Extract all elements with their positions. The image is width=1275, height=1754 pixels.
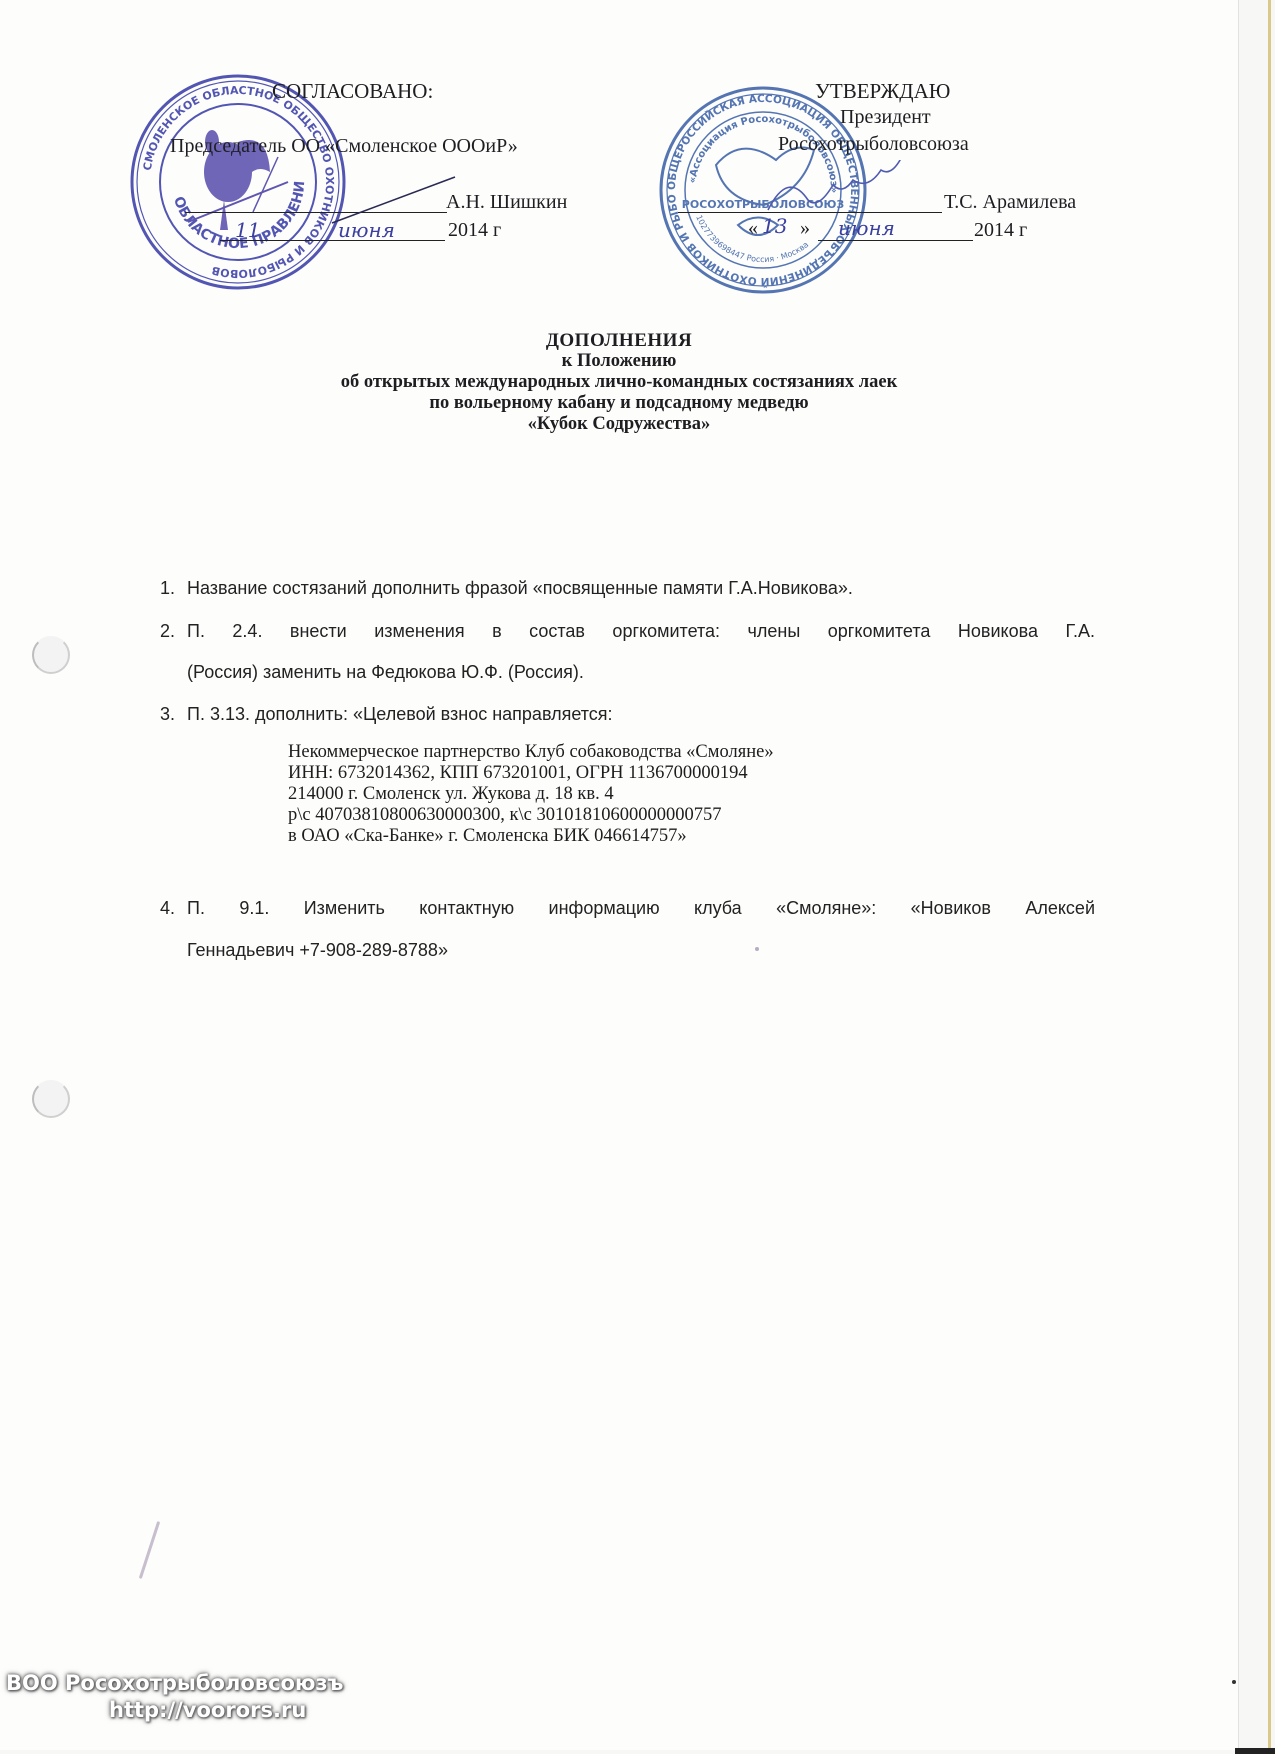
date-year: 2014 г bbox=[974, 218, 1027, 243]
item-number: 1. bbox=[160, 578, 175, 599]
scan-artifact bbox=[1232, 1680, 1236, 1684]
title-main: ДОПОЛНЕНИЯ bbox=[0, 330, 1238, 351]
item-number: 2. bbox=[160, 621, 175, 642]
title-line4: по вольерному кабану и подсадному медвед… bbox=[0, 393, 1238, 414]
bank-requisites: Некоммерческое партнерство Клуб собаково… bbox=[288, 742, 774, 847]
date-day-handwritten: 11 bbox=[235, 218, 260, 243]
watermark-url: http://voorors.ru bbox=[6, 1697, 343, 1724]
left-organization-stamp: СМОЛЕНСКОЕ ОБЛАСТНОЕ ОБЩЕСТВО ОХОТНИКОВ … bbox=[128, 72, 348, 292]
item-number: 4. bbox=[160, 898, 175, 919]
watermark-org-name: ВОО Росохотрыболовсоюзъ bbox=[6, 1670, 343, 1697]
approval-heading: СОГЛАСОВАНО: bbox=[272, 78, 433, 104]
punch-hole-icon bbox=[32, 1080, 70, 1118]
signature-stroke-icon bbox=[760, 160, 950, 220]
approval-position-line1: Президент bbox=[840, 105, 931, 130]
item-text: П. 3.13. дополнить: «Целевой взнос напра… bbox=[187, 704, 1095, 725]
item-text: Название состязаний дополнить фразой «по… bbox=[187, 578, 1095, 599]
signatory-name: Т.С. Арамилева bbox=[944, 190, 1076, 215]
date-open-quote: « bbox=[748, 216, 758, 241]
punch-hole-icon bbox=[32, 636, 70, 674]
requisite-line: 214000 г. Смоленск ул. Жукова д. 18 кв. … bbox=[288, 784, 774, 805]
requisite-line: ИНН: 6732014362, КПП 673201001, ОГРН 113… bbox=[288, 763, 774, 784]
scanner-border bbox=[1235, 1748, 1275, 1754]
title-line3: об открытых международных лично-командны… bbox=[0, 372, 1238, 393]
page-edge-shadow bbox=[1268, 0, 1271, 1754]
document-title: ДОПОЛНЕНИЯ к Положению об открытых между… bbox=[0, 330, 1238, 435]
approval-position-line2: Росохотрыболовсоюза bbox=[778, 132, 969, 157]
title-line5: «Кубок Содружества» bbox=[0, 414, 1238, 435]
item-text: П. 2.4. внести изменения в состав оргком… bbox=[187, 621, 1095, 642]
approval-position: Председатель ОО «Смоленское ОООиР» bbox=[170, 134, 518, 159]
requisite-line: Некоммерческое партнерство Клуб собаково… bbox=[288, 742, 774, 763]
site-watermark: ВОО Росохотрыболовсоюзъ http://voorors.r… bbox=[6, 1670, 343, 1724]
signatory-name: А.Н. Шишкин bbox=[446, 190, 567, 215]
signature-stroke-icon bbox=[330, 175, 460, 225]
scan-artifact bbox=[755, 947, 759, 951]
stamp-seal-icon: СМОЛЕНСКОЕ ОБЛАСТНОЕ ОБЩЕСТВО ОХОТНИКОВ … bbox=[128, 72, 348, 292]
requisite-line: в ОАО «Ска-Банке» г. Смоленска БИК 04661… bbox=[288, 826, 774, 847]
title-line2: к Положению bbox=[0, 351, 1238, 372]
requisite-line: р\с 40703810800630000300, к\с 3010181060… bbox=[288, 805, 774, 826]
item-text: П. 9.1. Изменить контактную информацию к… bbox=[187, 898, 1095, 919]
item-text: (Россия) заменить на Федюкова Ю.Ф. (Росс… bbox=[187, 662, 1095, 683]
approval-heading: УТВЕРЖДАЮ bbox=[815, 78, 950, 104]
item-number: 3. bbox=[160, 704, 175, 725]
item-text: Геннадьевич +7-908-289-8788» bbox=[187, 940, 1095, 961]
